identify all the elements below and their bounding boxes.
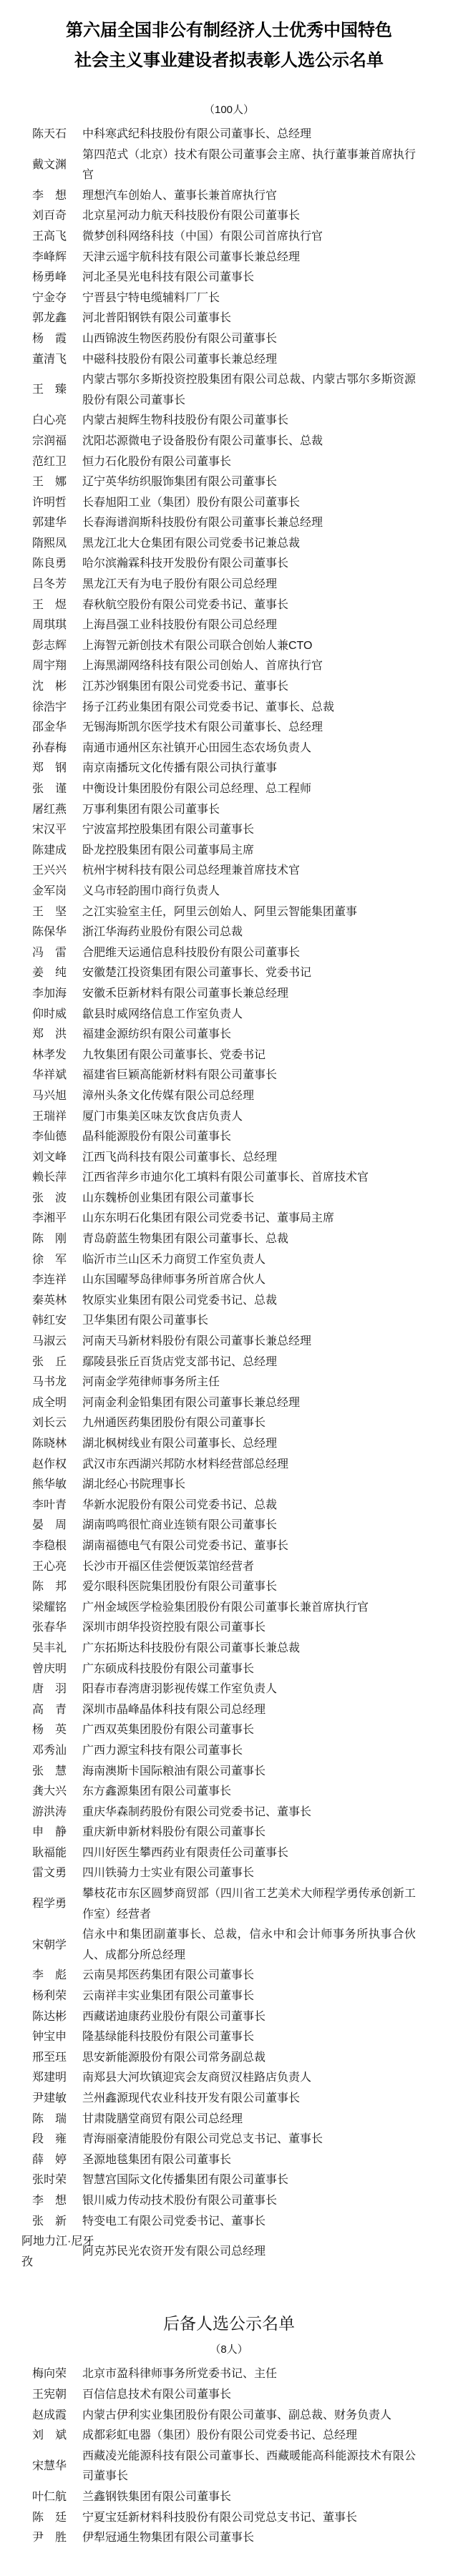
list-item: 张 波 山东魏桥创业集团有限公司董事长 bbox=[0, 1189, 458, 1209]
person-name: 周琪琪 bbox=[32, 615, 79, 636]
list-item: 龚大兴 东方鑫源集团有限公司董事长 bbox=[0, 1782, 458, 1802]
person-position: 智慧宫国际文化传播集团有限公司董事长 bbox=[82, 2170, 416, 2191]
list-item: 叶仁航 兰鑫钢铁集团有限公司董事长 bbox=[0, 2487, 458, 2508]
person-name: 孙春梅 bbox=[32, 738, 79, 759]
person-position: 卫华集团有限公司董事长 bbox=[82, 1311, 416, 1332]
person-position: 特变电工有限公司党委书记、董事长 bbox=[82, 2212, 416, 2233]
person-name: 刘百奇 bbox=[32, 206, 79, 227]
person-position: 歙县时威网络信息工作室负责人 bbox=[82, 1005, 416, 1025]
person-position: 江苏沙钢集团有限公司党委书记、董事长 bbox=[82, 677, 416, 698]
list-item: 赖长萍 江西省萍乡市迪尔化工填料有限公司董事长、首席技术官 bbox=[0, 1168, 458, 1189]
person-position: 安徽禾臣新材料有限公司董事长兼总经理 bbox=[82, 984, 416, 1005]
list-item: 李峰辉 天津云遥宇航科技有限公司董事长兼总经理 bbox=[0, 248, 458, 268]
person-name: 熊华敏 bbox=[32, 1475, 79, 1496]
person-position: 内蒙古鄂尔多斯投资控股集团有限公司总裁、内蒙古鄂尔多斯资源股份有限公司董事长 bbox=[82, 370, 416, 411]
list-item: 成全明 河南金利金铅集团有限公司董事长兼总经理 bbox=[0, 1393, 458, 1414]
list-item: 耿福能 四川好医生攀西药业有限责任公司董事长 bbox=[0, 1843, 458, 1864]
list-item: 李叶青 华新水泥股份有限公司党委书记、总裁 bbox=[0, 1496, 458, 1516]
commendation-list-section: （100人） 陈天石 中科寒武纪科技股份有限公司董事长、总经理 戴文渊 第四范式… bbox=[0, 103, 458, 2273]
list-item: 华祥斌 福建省巨颖高能新材料有限公司董事长 bbox=[0, 1065, 458, 1086]
person-name: 陈良勇 bbox=[32, 554, 79, 575]
commendation-roster: 陈天石 中科寒武纪科技股份有限公司董事长、总经理 戴文渊 第四范式（北京）技术有… bbox=[0, 125, 458, 2273]
person-name: 仰时威 bbox=[32, 1005, 79, 1025]
person-name: 张 丘 bbox=[32, 1352, 79, 1373]
reserve-roster: 梅向荣 北京市盈科律师事务所党委书记、主任 王宪朝 百信信息技术有限公司董事长 … bbox=[0, 2364, 458, 2548]
list-item: 隋熙凤 黑龙江北大仓集团有限公司党委书记兼总裁 bbox=[0, 534, 458, 555]
list-item: 游洪涛 重庆华森制药股份有限公司党委书记、董事长 bbox=[0, 1802, 458, 1823]
list-item: 冯 雷 合肥维天运通信息科技股份有限公司董事长 bbox=[0, 943, 458, 964]
person-name: 王心亮 bbox=[32, 1557, 79, 1578]
person-position: 甘肃陇膳堂商贸有限公司总经理 bbox=[82, 2109, 416, 2130]
person-position: 湖北经心书院理事长 bbox=[82, 1475, 416, 1496]
person-position: 思安新能源股份有限公司常务副总裁 bbox=[82, 2048, 416, 2069]
list-item: 李加海 安徽禾臣新材料有限公司董事长兼总经理 bbox=[0, 984, 458, 1005]
person-name: 宋朝学 bbox=[32, 1936, 79, 1956]
person-name: 雷文勇 bbox=[32, 1863, 79, 1884]
person-position: 广西力源宝科技有限公司董事长 bbox=[82, 1741, 416, 1762]
person-position: 信永中和集团副董事长、总裁，信永中和会计师事务所执事合伙人、成都分所总经理 bbox=[82, 1925, 416, 1966]
person-name: 李加海 bbox=[32, 984, 79, 1005]
person-name: 王宪朝 bbox=[32, 2385, 79, 2406]
list-item: 李 想 理想汽车创始人、董事长兼首席执行官 bbox=[0, 186, 458, 207]
list-item: 屠红燕 万事利集团有限公司董事长 bbox=[0, 800, 458, 821]
list-item: 尹 胜 伊犁冠通生物集团有限公司董事长 bbox=[0, 2528, 458, 2549]
person-name: 金军岗 bbox=[32, 882, 79, 902]
list-item: 马兴旭 漳州头条文化传媒有限公司总经理 bbox=[0, 1086, 458, 1107]
person-name: 李 彪 bbox=[32, 1966, 79, 1986]
list-item: 张 丘 鄢陵县张丘百货店党支部书记、总经理 bbox=[0, 1352, 458, 1373]
list-item: 张 新 特变电工有限公司党委书记、董事长 bbox=[0, 2212, 458, 2233]
person-name: 范红卫 bbox=[32, 452, 79, 473]
person-position: 中科寒武纪科技股份有限公司董事长、总经理 bbox=[82, 125, 416, 145]
person-name: 华祥斌 bbox=[32, 1065, 79, 1086]
person-name: 耿福能 bbox=[32, 1843, 79, 1864]
person-name: 徐 军 bbox=[32, 1250, 79, 1271]
person-name: 程学勇 bbox=[32, 1894, 79, 1915]
list-item: 郭龙鑫 河北普阳钢铁有限公司董事长 bbox=[0, 308, 458, 329]
person-position: 义乌市轻韵围巾商行负责人 bbox=[82, 882, 416, 902]
person-position: 春秋航空股份有限公司党委书记、董事长 bbox=[82, 595, 416, 616]
person-position: 重庆新申新材料股份有限公司董事长 bbox=[82, 1823, 416, 1843]
person-name: 叶仁航 bbox=[32, 2487, 79, 2508]
list-item: 郭建华 长春海谱润斯科技股份有限公司董事长兼总经理 bbox=[0, 513, 458, 534]
person-position: 武汉市东西湖兴邦防水材料经营部总经理 bbox=[82, 1455, 416, 1475]
list-item: 郑 钢 南京南播玩文化传播有限公司执行董事 bbox=[0, 758, 458, 779]
person-name: 杨利荣 bbox=[32, 1986, 79, 2007]
list-item: 王 坚 之江实验室主任，阿里云创始人、阿里云智能集团董事 bbox=[0, 902, 458, 923]
person-position: 福建金源纺织有限公司董事长 bbox=[82, 1025, 416, 1045]
list-item: 赵成霞 内蒙古伊利实业集团股份有限公司董事、副总裁、财务负责人 bbox=[0, 2406, 458, 2426]
list-item: 高 青 深圳市晶峰晶体科技有限公司总经理 bbox=[0, 1700, 458, 1721]
person-position: 南郑县大河坎镇迎宾会友商贸汉桂路店负责人 bbox=[82, 2068, 416, 2089]
person-position: 卧龙控股集团有限公司董事局主席 bbox=[82, 841, 416, 862]
person-name: 王 坚 bbox=[32, 902, 79, 923]
person-position: 中衡设计集团股份有限公司总经理、总工程师 bbox=[82, 779, 416, 800]
person-position: 黑龙江北大仓集团有限公司党委书记兼总裁 bbox=[82, 534, 416, 555]
person-name: 赵成霞 bbox=[32, 2406, 79, 2426]
list-item: 许明哲 长春旭阳工业（集团）股份有限公司董事长 bbox=[0, 493, 458, 514]
person-name: 吴丰礼 bbox=[32, 1639, 79, 1659]
person-position: 内蒙古伊利实业集团股份有限公司董事、副总裁、财务负责人 bbox=[82, 2406, 416, 2426]
person-name: 李 想 bbox=[32, 2191, 79, 2212]
list-item: 徐浩宇 扬子江药业集团有限公司党委书记、董事长、总裁 bbox=[0, 698, 458, 718]
person-position: 长沙市开福区佳尝便饭菜馆经营者 bbox=[82, 1557, 416, 1578]
person-name: 马兴旭 bbox=[32, 1086, 79, 1107]
list-item: 晏 周 湖南鸣鸣很忙商业连锁有限公司董事长 bbox=[0, 1516, 458, 1536]
list-item: 刘百奇 北京星河动力航天科技股份有限公司董事长 bbox=[0, 206, 458, 227]
person-name: 王 臻 bbox=[32, 380, 79, 401]
list-item: 梅向荣 北京市盈科律师事务所党委书记、主任 bbox=[0, 2364, 458, 2385]
person-position: 理想汽车创始人、董事长兼首席执行官 bbox=[82, 186, 416, 207]
person-position: 北京市盈科律师事务所党委书记、主任 bbox=[82, 2364, 416, 2385]
person-name: 杨 英 bbox=[32, 1720, 79, 1741]
person-name: 隋熙凤 bbox=[32, 534, 79, 555]
list-item: 王宪朝 百信信息技术有限公司董事长 bbox=[0, 2385, 458, 2406]
list-item: 陈 刚 青岛蔚蓝生物集团有限公司董事长、总裁 bbox=[0, 1229, 458, 1250]
person-name: 冯 雷 bbox=[32, 943, 79, 964]
person-position: 湖北枫树线业有限公司董事长、总经理 bbox=[82, 1434, 416, 1455]
list-item: 钟宝申 隆基绿能科技股份有限公司董事长 bbox=[0, 2027, 458, 2048]
person-name: 姜 纯 bbox=[32, 963, 79, 984]
person-name: 刘 斌 bbox=[32, 2426, 79, 2446]
person-position: 海南澳斯卡国际粮油有限公司董事长 bbox=[82, 1762, 416, 1782]
person-position: 长春旭阳工业（集团）股份有限公司董事长 bbox=[82, 493, 416, 514]
person-position: 青海丽豪清能股份有限公司党总支书记、董事长 bbox=[82, 2129, 416, 2150]
person-name: 秦英林 bbox=[32, 1291, 79, 1312]
person-name: 薛 婷 bbox=[32, 2150, 79, 2171]
person-position: 湖南鸣鸣很忙商业连锁有限公司董事长 bbox=[82, 1516, 416, 1536]
list-item: 杨利荣 云南祥丰实业集团有限公司董事长 bbox=[0, 1986, 458, 2007]
person-position: 爱尔眼科医院集团股份有限公司董事长 bbox=[82, 1577, 416, 1598]
person-name: 邢至珏 bbox=[32, 2048, 79, 2069]
list-item: 秦英林 牧原实业集团有限公司党委书记、总裁 bbox=[0, 1291, 458, 1312]
list-item: 陈 廷 宁夏宝廷新材料科技股份有限公司党总支书记、董事长 bbox=[0, 2508, 458, 2529]
person-position: 广东拓斯达科技股份有限公司董事长兼总裁 bbox=[82, 1639, 416, 1659]
person-name: 杨 霞 bbox=[32, 329, 79, 350]
list-item: 熊华敏 湖北经心书院理事长 bbox=[0, 1475, 458, 1496]
person-name: 张春华 bbox=[32, 1618, 79, 1639]
person-name: 张 谨 bbox=[32, 779, 79, 800]
candidate-count: （100人） bbox=[0, 103, 458, 117]
person-name: 申 静 bbox=[32, 1823, 79, 1843]
person-name: 李稳根 bbox=[32, 1536, 79, 1557]
list-item: 宋慧华 西藏凌光能源科技有限公司董事长、西藏暖能高科能源技术有限公司董事长 bbox=[0, 2446, 458, 2487]
person-name: 刘文峰 bbox=[32, 1148, 79, 1169]
reserve-candidate-count: （8人） bbox=[0, 2343, 458, 2357]
list-item: 陈建成 卧龙控股集团有限公司董事局主席 bbox=[0, 841, 458, 862]
person-position: 宁晋县宁特电缆辅料厂厂长 bbox=[82, 288, 416, 309]
person-name: 杨勇峰 bbox=[32, 268, 79, 288]
list-item: 李稳根 湖南福德电气有限公司党委书记、董事长 bbox=[0, 1536, 458, 1557]
list-item: 宁金夺 宁晋县宁特电缆辅料厂厂长 bbox=[0, 288, 458, 309]
person-name: 郭龙鑫 bbox=[32, 308, 79, 329]
person-position: 漳州头条文化传媒有限公司总经理 bbox=[82, 1086, 416, 1107]
person-position: 北京星河动力航天科技股份有限公司董事长 bbox=[82, 206, 416, 227]
list-item: 沈 彬 江苏沙钢集团有限公司党委书记、董事长 bbox=[0, 677, 458, 698]
list-item: 徐 军 临沂市兰山区禾力商贸工作室负责人 bbox=[0, 1250, 458, 1271]
person-name: 李叶青 bbox=[32, 1496, 79, 1516]
person-name: 周宇翔 bbox=[32, 656, 79, 677]
person-name: 郑建明 bbox=[32, 2068, 79, 2089]
list-item: 杨勇峰 河北圣昊光电科技有限公司董事长 bbox=[0, 268, 458, 288]
person-name: 王 娜 bbox=[32, 472, 79, 493]
person-name: 曾庆明 bbox=[32, 1659, 79, 1680]
list-item: 李 彪 云南昊邦医药集团有限公司董事长 bbox=[0, 1966, 458, 1986]
list-item: 宋汉平 宁波富邦控股集团有限公司董事长 bbox=[0, 820, 458, 841]
person-position: 上海黑湖网络科技有限公司创始人、首席执行官 bbox=[82, 656, 416, 677]
person-position: 青岛蔚蓝生物集团有限公司董事长、总裁 bbox=[82, 1229, 416, 1250]
person-position: 攀枝花市东区圆梦商贸部（四川省工艺美术大师程学勇传承创新工作室）经营者 bbox=[82, 1884, 416, 1925]
person-name: 成全明 bbox=[32, 1393, 79, 1414]
person-position: 长春海谱润斯科技股份有限公司董事长兼总经理 bbox=[82, 513, 416, 534]
person-position: 黑龙江天有为电子股份有限公司总经理 bbox=[82, 575, 416, 595]
person-name: 李 想 bbox=[32, 186, 79, 207]
person-name: 宋汉平 bbox=[32, 820, 79, 841]
person-name: 屠红燕 bbox=[32, 800, 79, 821]
list-item: 陈晓林 湖北枫树线业有限公司董事长、总经理 bbox=[0, 1434, 458, 1455]
person-position: 云南昊邦医药集团有限公司董事长 bbox=[82, 1966, 416, 1986]
person-name: 陈建成 bbox=[32, 841, 79, 862]
person-name: 郭建华 bbox=[32, 513, 79, 534]
list-item: 马淑云 河南天马新材料股份有限公司董事长兼总经理 bbox=[0, 1332, 458, 1352]
person-position: 西藏凌光能源科技有限公司董事长、西藏暖能高科能源技术有限公司董事长 bbox=[82, 2446, 416, 2487]
list-item: 陈 瑞 甘肃陇膳堂商贸有限公司总经理 bbox=[0, 2109, 458, 2130]
person-name: 高 青 bbox=[32, 1700, 79, 1721]
list-item: 马书龙 河南金学苑律师事务所主任 bbox=[0, 1372, 458, 1393]
person-name: 韩红安 bbox=[32, 1311, 79, 1332]
list-item: 周宇翔 上海黑湖网络科技有限公司创始人、首席执行官 bbox=[0, 656, 458, 677]
list-item: 张 慧 海南澳斯卡国际粮油有限公司董事长 bbox=[0, 1762, 458, 1782]
person-name: 游洪涛 bbox=[32, 1802, 79, 1823]
person-position: 山东魏桥创业集团有限公司董事长 bbox=[82, 1189, 416, 1209]
person-name: 吕冬芳 bbox=[32, 575, 79, 595]
person-position: 河北圣昊光电科技有限公司董事长 bbox=[82, 268, 416, 288]
person-position: 阳春市春湾唐羽影视传媒工作室负责人 bbox=[82, 1679, 416, 1700]
person-name: 徐浩宇 bbox=[32, 698, 79, 718]
list-item: 彭志辉 上海智元新创技术有限公司联合创始人兼CTO bbox=[0, 636, 458, 657]
person-name: 陈天石 bbox=[32, 125, 79, 145]
person-name: 唐 羽 bbox=[32, 1679, 79, 1700]
person-name: 刘长云 bbox=[32, 1413, 79, 1434]
person-position: 成都彩虹电器（集团）股份有限公司党委书记、总经理 bbox=[82, 2426, 416, 2446]
person-name: 张时荣 bbox=[32, 2170, 79, 2191]
person-position: 无锡海斯凯尔医学技术有限公司董事长、总经理 bbox=[82, 718, 416, 738]
list-item: 吕冬芳 黑龙江天有为电子股份有限公司总经理 bbox=[0, 575, 458, 595]
list-item: 曾庆明 广东硕成科技股份有限公司董事长 bbox=[0, 1659, 458, 1680]
list-item: 郑 洪 福建金源纺织有限公司董事长 bbox=[0, 1025, 458, 1045]
person-position: 圣源地毯集团有限公司董事长 bbox=[82, 2150, 416, 2171]
person-position: 九州通医药集团股份有限公司董事长 bbox=[82, 1413, 416, 1434]
person-position: 九牧集团有限公司董事长、党委书记 bbox=[82, 1045, 416, 1066]
list-item: 王心亮 长沙市开福区佳尝便饭菜馆经营者 bbox=[0, 1557, 458, 1578]
person-position: 河北普阳钢铁有限公司董事长 bbox=[82, 308, 416, 329]
list-item: 李连祥 山东国曜琴岛律师事务所首席合伙人 bbox=[0, 1270, 458, 1291]
person-name: 梅向荣 bbox=[32, 2364, 79, 2385]
person-position: 之江实验室主任，阿里云创始人、阿里云智能集团董事 bbox=[82, 902, 416, 923]
list-item: 邓秀汕 广西力源宝科技有限公司董事长 bbox=[0, 1741, 458, 1762]
person-name: 钟宝申 bbox=[32, 2027, 79, 2048]
list-item: 王兴兴 杭州宇树科技有限公司总经理兼首席技术官 bbox=[0, 861, 458, 882]
list-item: 王 臻 内蒙古鄂尔多斯投资控股集团有限公司总裁、内蒙古鄂尔多斯资源股份有限公司董… bbox=[0, 370, 458, 411]
list-item: 周琪琪 上海昌强工业科技股份有限公司总经理 bbox=[0, 615, 458, 636]
person-position: 兰州鑫源现代农业科技开发有限公司董事长 bbox=[82, 2089, 416, 2109]
list-item: 范红卫 恒力石化股份有限公司董事长 bbox=[0, 452, 458, 473]
person-name: 董清飞 bbox=[32, 350, 79, 371]
person-name: 陈 邦 bbox=[32, 1577, 79, 1598]
list-item: 陈天石 中科寒武纪科技股份有限公司董事长、总经理 bbox=[0, 125, 458, 145]
person-position: 江西省萍乡市迪尔化工填料有限公司董事长、首席技术官 bbox=[82, 1168, 416, 1189]
list-item: 赵作权 武汉市东西湖兴邦防水材料经营部总经理 bbox=[0, 1455, 458, 1475]
person-position: 华新水泥股份有限公司党委书记、总裁 bbox=[82, 1496, 416, 1516]
title-line-1: 第六届全国非公有制经济人士优秀中国特色 bbox=[66, 21, 392, 40]
list-item: 杨 霞 山西锦波生物医药股份有限公司董事长 bbox=[0, 329, 458, 350]
person-position: 银川威力传动技术股份有限公司董事长 bbox=[82, 2191, 416, 2212]
person-name: 梁耀铭 bbox=[32, 1598, 79, 1619]
person-name: 晏 周 bbox=[32, 1516, 79, 1536]
person-name: 戴文渊 bbox=[32, 155, 79, 176]
person-name: 郑 钢 bbox=[32, 758, 79, 779]
list-item: 杨 英 广西双英集团股份有限公司董事长 bbox=[0, 1720, 458, 1741]
person-position: 东方鑫源集团有限公司董事长 bbox=[82, 1782, 416, 1802]
person-position: 福建省巨颖高能新材料有限公司董事长 bbox=[82, 1065, 416, 1086]
list-item: 戴文渊 第四范式（北京）技术有限公司董事会主席、执行董事兼首席执行官 bbox=[0, 145, 458, 186]
list-item: 林孝发 九牧集团有限公司董事长、党委书记 bbox=[0, 1045, 458, 1066]
list-item: 王 娜 辽宁英华纺织服饰集团有限公司董事长 bbox=[0, 472, 458, 493]
person-name: 张 慧 bbox=[32, 1762, 79, 1782]
reserve-list-section: 后备人选公示名单 （8人） 梅向荣 北京市盈科律师事务所党委书记、主任 王宪朝 … bbox=[0, 2311, 458, 2548]
person-name: 张 波 bbox=[32, 1189, 79, 1209]
person-position: 辽宁英华纺织服饰集团有限公司董事长 bbox=[82, 472, 416, 493]
person-position: 河南金利金铅集团有限公司董事长兼总经理 bbox=[82, 1393, 416, 1414]
person-name: 陈 刚 bbox=[32, 1229, 79, 1250]
person-name: 邓秀汕 bbox=[32, 1741, 79, 1762]
person-name: 王 煜 bbox=[32, 595, 79, 616]
list-item: 孙春梅 南通市通州区东社镇开心田园生态农场负责人 bbox=[0, 738, 458, 759]
person-position: 南通市通州区东社镇开心田园生态农场负责人 bbox=[82, 738, 416, 759]
person-position: 杭州宇树科技有限公司总经理兼首席技术官 bbox=[82, 861, 416, 882]
person-position: 中磁科技股份有限公司董事长兼总经理 bbox=[82, 350, 416, 371]
person-position: 河南天马新材料股份有限公司董事长兼总经理 bbox=[82, 1332, 416, 1352]
person-name: 许明哲 bbox=[32, 493, 79, 514]
person-position: 伊犁冠通生物集团有限公司董事长 bbox=[82, 2528, 416, 2549]
person-position: 鄢陵县张丘百货店党支部书记、总经理 bbox=[82, 1352, 416, 1373]
person-position: 兰鑫钢铁集团有限公司董事长 bbox=[82, 2487, 416, 2508]
person-position: 晶科能源股份有限公司董事长 bbox=[82, 1127, 416, 1148]
list-item: 宋朝学 信永中和集团副董事长、总裁，信永中和会计师事务所执事合伙人、成都分所总经… bbox=[0, 1925, 458, 1966]
person-position: 安徽楚江投资集团有限公司董事长、党委书记 bbox=[82, 963, 416, 984]
person-position: 万事利集团有限公司董事长 bbox=[82, 800, 416, 821]
person-position: 四川铁骑力士实业有限公司董事长 bbox=[82, 1863, 416, 1884]
person-position: 阿克苏民光农资开发有限公司总经理 bbox=[82, 2242, 416, 2263]
person-name: 李连祥 bbox=[32, 1270, 79, 1291]
person-name: 张 新 bbox=[32, 2212, 79, 2233]
person-name: 赖长萍 bbox=[32, 1168, 79, 1189]
person-name: 郑 洪 bbox=[32, 1025, 79, 1045]
person-name: 龚大兴 bbox=[32, 1782, 79, 1802]
person-position: 山西锦波生物医药股份有限公司董事长 bbox=[82, 329, 416, 350]
list-item: 金军岗 义乌市轻韵围巾商行负责人 bbox=[0, 882, 458, 902]
person-position: 云南祥丰实业集团有限公司董事长 bbox=[82, 1986, 416, 2007]
person-name: 宁金夺 bbox=[32, 288, 79, 309]
person-position: 牧原实业集团有限公司党委书记、总裁 bbox=[82, 1291, 416, 1312]
person-position: 上海智元新创技术有限公司联合创始人兼CTO bbox=[82, 636, 416, 657]
person-name: 沈 彬 bbox=[32, 677, 79, 698]
list-item: 段 雍 青海丽豪清能股份有限公司党总支书记、董事长 bbox=[0, 2129, 458, 2150]
person-position: 厦门市集美区味友饮食店负责人 bbox=[82, 1107, 416, 1128]
person-position: 临沂市兰山区禾力商贸工作室负责人 bbox=[82, 1250, 416, 1271]
person-name: 陈达彬 bbox=[32, 2007, 79, 2028]
list-item: 刘文峰 江西飞尚科技有限公司董事长、总经理 bbox=[0, 1148, 458, 1169]
person-position: 河南金学苑律师事务所主任 bbox=[82, 1372, 416, 1393]
person-position: 广西双英集团股份有限公司董事长 bbox=[82, 1720, 416, 1741]
list-item: 雷文勇 四川铁骑力士实业有限公司董事长 bbox=[0, 1863, 458, 1884]
person-name: 陈 瑞 bbox=[32, 2109, 79, 2130]
list-item: 韩红安 卫华集团有限公司董事长 bbox=[0, 1311, 458, 1332]
person-position: 沈阳芯源微电子设备股份有限公司董事长、总裁 bbox=[82, 431, 416, 452]
list-item: 尹建敏 兰州鑫源现代农业科技开发有限公司董事长 bbox=[0, 2089, 458, 2109]
list-item: 唐 羽 阳春市春湾唐羽影视传媒工作室负责人 bbox=[0, 1679, 458, 1700]
person-position: 浙江华海药业股份有限公司总裁 bbox=[82, 922, 416, 943]
list-item: 李仙德 晶科能源股份有限公司董事长 bbox=[0, 1127, 458, 1148]
person-position: 宁波富邦控股集团有限公司董事长 bbox=[82, 820, 416, 841]
list-item: 阿地力江·尼牙孜 阿克苏民光农资开发有限公司总经理 bbox=[0, 2232, 458, 2273]
person-position: 广东硕成科技股份有限公司董事长 bbox=[82, 1659, 416, 1680]
person-position: 山东国曜琴岛律师事务所首席合伙人 bbox=[82, 1270, 416, 1291]
person-name: 宗润福 bbox=[32, 431, 79, 452]
person-name: 白心亮 bbox=[32, 411, 79, 431]
list-item: 邵金华 无锡海斯凯尔医学技术有限公司董事长、总经理 bbox=[0, 718, 458, 738]
list-item: 吴丰礼 广东拓斯达科技股份有限公司董事长兼总裁 bbox=[0, 1639, 458, 1659]
person-name: 陈晓林 bbox=[32, 1434, 79, 1455]
person-position: 上海昌强工业科技股份有限公司总经理 bbox=[82, 615, 416, 636]
person-position: 江西飞尚科技有限公司董事长、总经理 bbox=[82, 1148, 416, 1169]
person-position: 百信信息技术有限公司董事长 bbox=[82, 2385, 416, 2406]
person-position: 四川好医生攀西药业有限责任公司董事长 bbox=[82, 1843, 416, 1864]
public-notice-document: 第六届全国非公有制经济人士优秀中国特色社会主义事业建设者拟表彰人选公示名单 （1… bbox=[0, 0, 458, 2576]
person-name: 林孝发 bbox=[32, 1045, 79, 1066]
list-item: 郑建明 南郑县大河坎镇迎宾会友商贸汉桂路店负责人 bbox=[0, 2068, 458, 2089]
person-name: 尹建敏 bbox=[32, 2089, 79, 2109]
list-item: 程学勇 攀枝花市东区圆梦商贸部（四川省工艺美术大师程学勇传承创新工作室）经营者 bbox=[0, 1884, 458, 1925]
person-name: 赵作权 bbox=[32, 1455, 79, 1475]
person-position: 山东东明石化集团有限公司党委书记、董事局主席 bbox=[82, 1209, 416, 1229]
person-name: 马书龙 bbox=[32, 1372, 79, 1393]
person-position: 第四范式（北京）技术有限公司董事会主席、执行董事兼首席执行官 bbox=[82, 145, 416, 186]
person-name: 马淑云 bbox=[32, 1332, 79, 1352]
list-item: 刘 斌 成都彩虹电器（集团）股份有限公司党委书记、总经理 bbox=[0, 2426, 458, 2446]
person-position: 宁夏宝廷新材料科技股份有限公司党总支书记、董事长 bbox=[82, 2508, 416, 2529]
person-name: 邵金华 bbox=[32, 718, 79, 738]
list-item: 邢至珏 思安新能源股份有限公司常务副总裁 bbox=[0, 2048, 458, 2069]
person-name: 王瑞祥 bbox=[32, 1107, 79, 1128]
list-item: 白心亮 内蒙古昶辉生物科技股份有限公司董事长 bbox=[0, 411, 458, 431]
list-item: 张 谨 中衡设计集团股份有限公司总经理、总工程师 bbox=[0, 779, 458, 800]
list-item: 董清飞 中磁科技股份有限公司董事长兼总经理 bbox=[0, 350, 458, 371]
list-item: 张时荣 智慧宫国际文化传播集团有限公司董事长 bbox=[0, 2170, 458, 2191]
list-item: 李湘平 山东东明石化集团有限公司党委书记、董事局主席 bbox=[0, 1209, 458, 1229]
list-item: 陈 邦 爱尔眼科医院集团股份有限公司董事长 bbox=[0, 1577, 458, 1598]
document-title: 第六届全国非公有制经济人士优秀中国特色社会主义事业建设者拟表彰人选公示名单 bbox=[0, 0, 458, 76]
person-position: 合肥维天运通信息科技股份有限公司董事长 bbox=[82, 943, 416, 964]
person-position: 西藏诺迪康药业股份有限公司董事长 bbox=[82, 2007, 416, 2028]
person-position: 隆基绿能科技股份有限公司董事长 bbox=[82, 2027, 416, 2048]
person-name: 李湘平 bbox=[32, 1209, 79, 1229]
person-name: 李仙德 bbox=[32, 1127, 79, 1148]
person-position: 内蒙古昶辉生物科技股份有限公司董事长 bbox=[82, 411, 416, 431]
list-item: 王瑞祥 厦门市集美区味友饮食店负责人 bbox=[0, 1107, 458, 1128]
person-position: 天津云遥宇航科技有限公司董事长兼总经理 bbox=[82, 248, 416, 268]
person-position: 扬子江药业集团有限公司党委书记、董事长、总裁 bbox=[82, 698, 416, 718]
